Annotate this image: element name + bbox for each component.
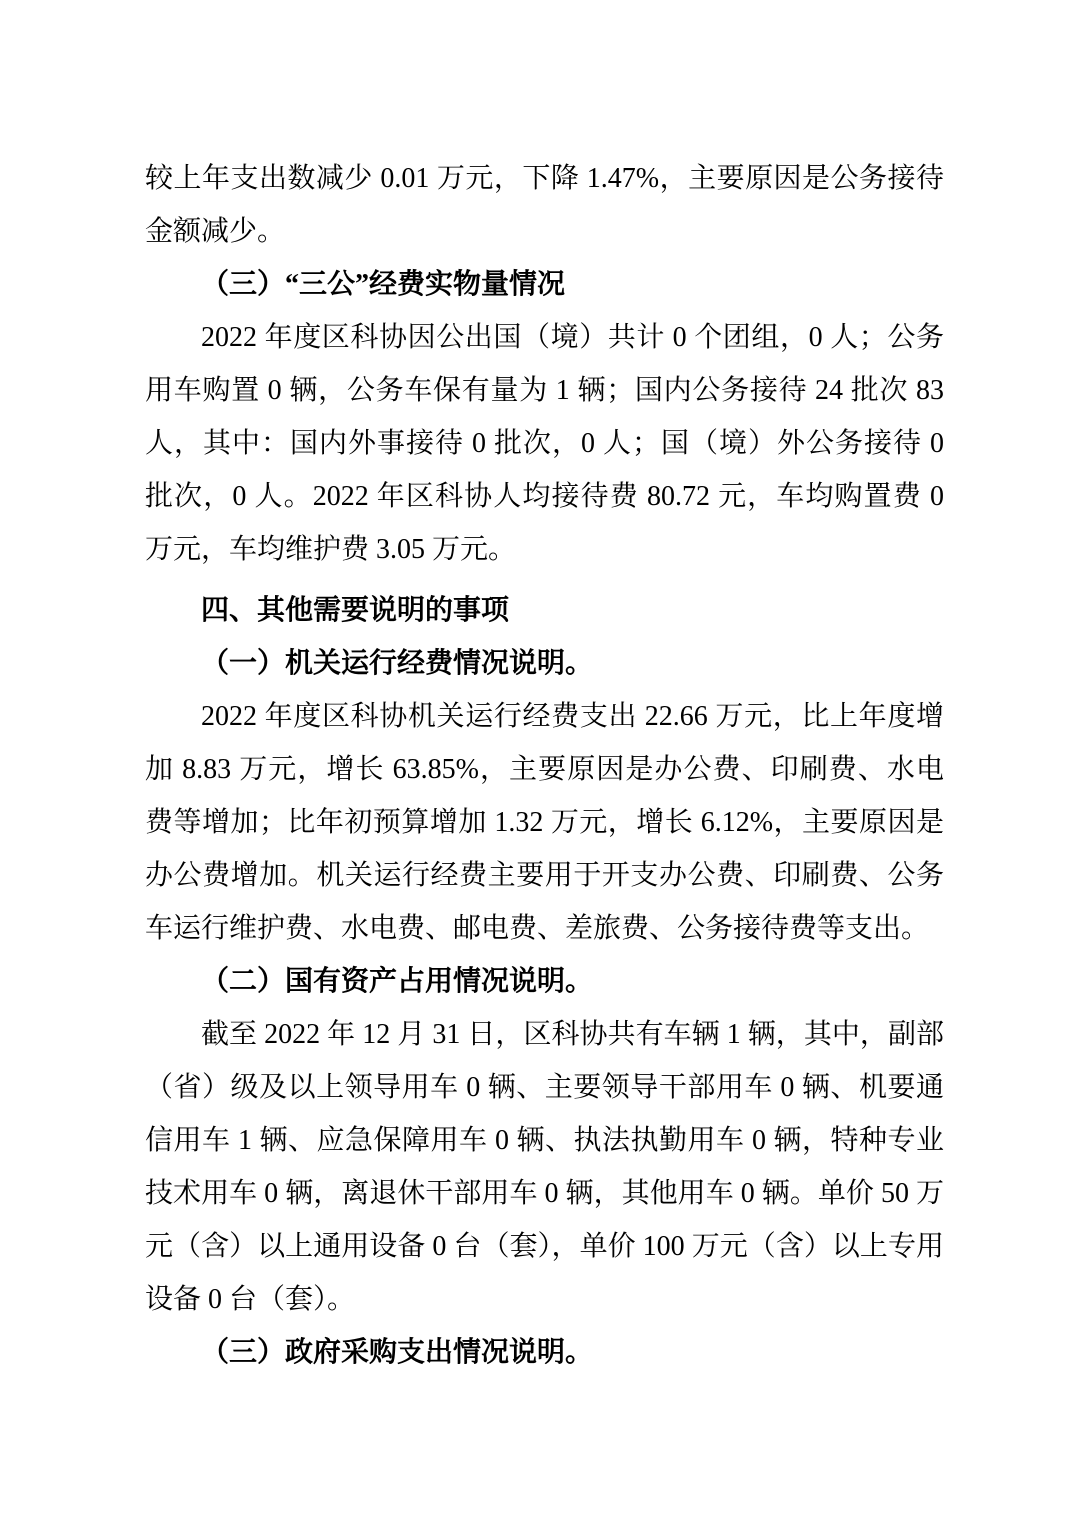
heading-section3-three-public-funds-physical-quantity: （三）“三公”经费实物量情况: [145, 258, 944, 311]
continuation-paragraph: 较上年支出数减少 0.01 万元，下降 1.47%，主要原因是公务接待金额减少。: [145, 152, 944, 258]
paragraph-three-public-funds-details: 2022 年度区科协因公出国（境）共计 0 个团组，0 人；公务用车购置 0 辆…: [145, 311, 944, 576]
heading-sub1-agency-operating-funds: （一）机关运行经费情况说明。: [145, 637, 944, 690]
heading-part4-other-matters: 四、其他需要说明的事项: [145, 584, 944, 637]
paragraph-state-owned-assets-details: 截至 2022 年 12 月 31 日，区科协共有车辆 1 辆，其中，副部（省）…: [145, 1008, 944, 1326]
heading-sub3-government-procurement: （三）政府采购支出情况说明。: [145, 1326, 944, 1379]
heading-sub2-state-owned-assets: （二）国有资产占用情况说明。: [145, 955, 944, 1008]
document-page: 较上年支出数减少 0.01 万元，下降 1.47%，主要原因是公务接待金额减少。…: [0, 0, 1074, 1520]
paragraph-agency-operating-funds-details: 2022 年度区科协机关运行经费支出 22.66 万元，比上年度增加 8.83 …: [145, 690, 944, 955]
